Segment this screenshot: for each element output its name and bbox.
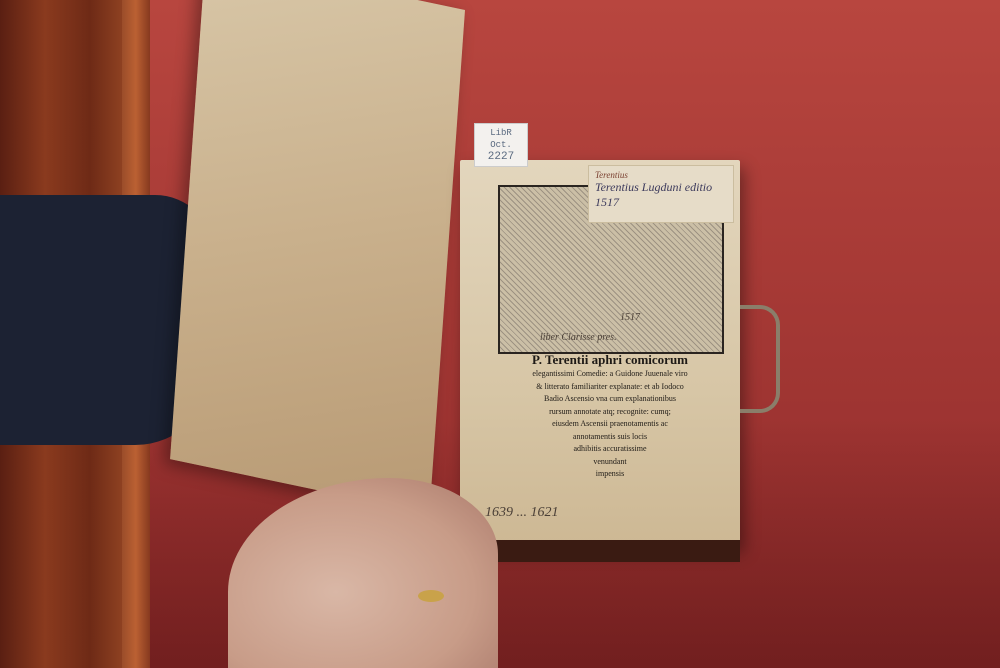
title-line-9: impensis bbox=[490, 468, 730, 481]
label-heading: Terentius bbox=[595, 170, 727, 180]
title-line-8: venundant bbox=[490, 456, 730, 469]
shelfmark-line2: 2227 bbox=[479, 151, 523, 163]
book-edge bbox=[470, 540, 740, 562]
book-inside-cover bbox=[170, 0, 465, 514]
title-line-2: & litterato familiariter explanate: et a… bbox=[490, 381, 730, 394]
book-tie-strap bbox=[740, 305, 780, 413]
woodcut-caption: liber Clarisse pres. bbox=[540, 332, 617, 343]
title-line-7: adhibitis accuratissime bbox=[490, 443, 730, 456]
shelfmark-tag: LibR Oct. 2227 bbox=[474, 123, 528, 167]
label-text: Terentius Lugduni editio 1517 bbox=[595, 180, 727, 210]
handwritten-note: 1639 ... 1621 bbox=[485, 505, 559, 521]
woodcut-date: 1517 bbox=[620, 312, 640, 323]
title-line-1: elegantissimi Comedie: a Guidone Juuenal… bbox=[490, 368, 730, 381]
title-line-3: Badio Ascensio vna cum explanationibus bbox=[490, 393, 730, 406]
title-line-6: annotamentis suis locis bbox=[490, 431, 730, 444]
title-block: P. Terentii aphri comicorum elegantissim… bbox=[490, 352, 730, 481]
book-title: P. Terentii aphri comicorum bbox=[490, 352, 730, 368]
title-line-4: rursum annotate atq; recognite: cumq; bbox=[490, 406, 730, 419]
pasted-ownership-label: Terentius Terentius Lugduni editio 1517 bbox=[588, 165, 734, 223]
shelfmark-line1: LibR Oct. bbox=[479, 127, 523, 151]
gold-ring bbox=[418, 590, 444, 602]
title-line-5: eiusdem Ascensii praenotamentis ac bbox=[490, 418, 730, 431]
